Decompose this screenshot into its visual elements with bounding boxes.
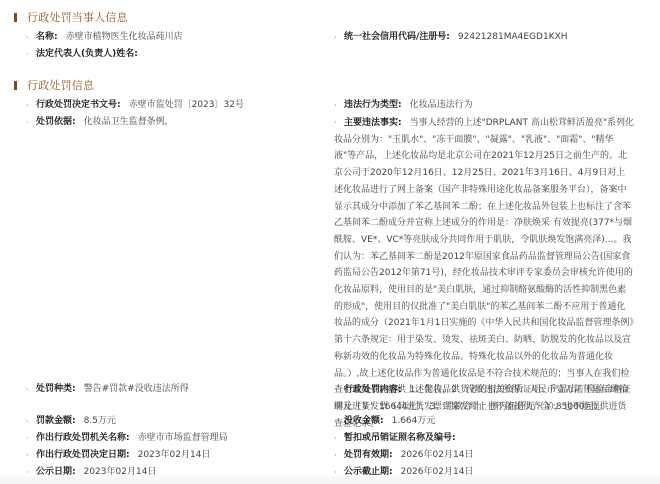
field-label: 违法行为类型: <box>344 98 402 114</box>
field-label: 处罚依据: <box>36 115 76 131</box>
field-party-name: · 名称: 赤壁市植物医生化妆品莼川店 <box>26 30 183 46</box>
field-value: 警告#罚款#没收违法所得 <box>84 382 189 398</box>
field-value: 2023年02月14日 <box>138 448 211 464</box>
field-value: 化妆品卫生监督条例, <box>84 115 168 131</box>
field-value: 赤壁市监处罚〔2023〕32号 <box>129 98 244 114</box>
field-decision-date: · 作出行政处罚决定日期: 2023年02月14日 <box>26 448 210 464</box>
field-label: 暂扣或吊销证照名称及编号: <box>344 431 456 447</box>
field-legal-rep: · 法定代表人(负责人)姓名: <box>26 47 146 63</box>
field-violation-type: · 违法行为类型: 化妆品违法行为 <box>334 98 473 114</box>
field-value: 赤壁市植物医生化妆品莼川店 <box>66 30 183 46</box>
field-license: · 暂扣或吊销证照名称及编号: <box>334 431 464 447</box>
section-title-text: 行政处罚当事人信息 <box>27 9 128 25</box>
field-value: 1.664万元 <box>392 414 436 430</box>
field-label: 罚款金额: <box>36 414 76 430</box>
field-value: 化妆品违法行为 <box>410 98 473 114</box>
bullet-icon: · <box>334 382 344 399</box>
field-value: 8.5万元 <box>84 414 116 430</box>
bullet-icon: · <box>26 115 36 131</box>
field-label: 名称: <box>36 30 58 46</box>
field-label: 法定代表人(负责人)姓名: <box>36 47 138 63</box>
field-value: 赤壁市市场监督管理局 <box>138 431 228 447</box>
bullet-icon: · <box>334 30 344 46</box>
bullet-icon: · <box>334 98 344 114</box>
field-label: 主要违法事实: <box>344 118 402 128</box>
field-value: 92421281MA4EGD1KXH <box>458 30 568 46</box>
field-label: 没收金额: <box>344 414 384 430</box>
field-penalty-kind: · 处罚种类: 警告#罚款#没收违法所得 <box>26 382 189 398</box>
field-confiscation-amount: · 没收金额: 1.664万元 <box>334 414 435 430</box>
field-label: 作出行政处罚机关名称: <box>36 431 130 447</box>
field-fine-amount: · 罚款金额: 8.5万元 <box>26 414 116 430</box>
field-label: 作出行政处罚决定日期: <box>36 448 130 464</box>
bullet-icon: · <box>334 431 344 447</box>
field-label: 行政处罚决定书文号: <box>36 98 121 114</box>
bullet-icon: · <box>26 30 36 46</box>
field-value: 2026年02月14日 <box>401 448 474 464</box>
bullet-icon: · <box>334 115 344 132</box>
bullet-icon: · <box>26 47 36 63</box>
field-credit-code: · 统一社会信用代码/注册号: 92421281MA4EGD1KXH <box>334 30 568 46</box>
section-marker-icon <box>14 81 17 90</box>
field-label: 处罚有效期: <box>344 448 393 464</box>
bullet-icon: · <box>26 382 36 398</box>
field-decision-no: · 行政处罚决定书文号: 赤壁市监处罚〔2023〕32号 <box>26 98 244 114</box>
bullet-icon: · <box>334 448 344 464</box>
field-label: 行政处罚内容: <box>344 385 402 395</box>
section-title-party: 行政处罚当事人信息 <box>14 9 128 25</box>
field-label: 处罚种类: <box>36 382 76 398</box>
section-title-text: 行政处罚信息 <box>27 77 94 93</box>
bottom-fade <box>0 474 660 484</box>
bullet-icon: · <box>334 414 344 430</box>
section-title-penalty: 行政处罚信息 <box>14 77 94 93</box>
bullet-icon: · <box>26 431 36 447</box>
field-valid-until: · 处罚有效期: 2026年02月14日 <box>334 448 473 464</box>
field-penalty-content: ·行政处罚内容:1、警告，2、没收违法所得：人民币壹万陆仟陆佰肆拾肆元（￥：16… <box>334 382 634 415</box>
field-basis: · 处罚依据: 化妆品卫生监督条例, <box>26 115 167 131</box>
bullet-icon: · <box>26 448 36 464</box>
bullet-icon: · <box>26 98 36 114</box>
bullet-icon: · <box>26 414 36 430</box>
field-label: 统一社会信用代码/注册号: <box>344 30 450 46</box>
field-authority: · 作出行政处罚机关名称: 赤壁市市场监督管理局 <box>26 431 228 447</box>
section-marker-icon <box>14 13 17 22</box>
